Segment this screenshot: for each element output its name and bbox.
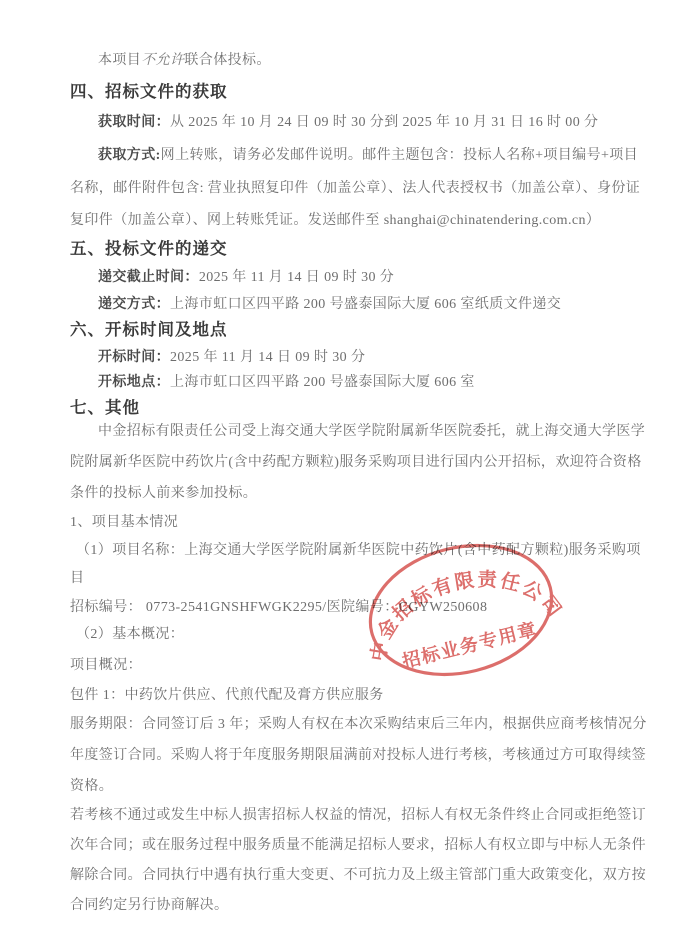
section7-heading: 七、其他 (70, 394, 140, 418)
assessment-line-1: 若考核不通过或发生中标人损害招标人权益的情况，招标人有权无条件终止合同或拒绝签订 (70, 804, 646, 824)
acquire-time-value: 从 2025 年 10 月 24 日 09 时 30 分到 2025 年 10 … (170, 115, 598, 130)
submit-deadline-value: 2025 年 11 月 14 日 09 时 30 分 (199, 270, 394, 285)
intro-line-3: 条件的投标人前来参加投标。 (70, 482, 257, 502)
submit-deadline-line: 递交截止时间：2025 年 11 月 14 日 09 时 30 分 (98, 266, 394, 286)
acquire-method-cont2: 复印件（加盖公章）、网上转账凭证。发送邮件至 shanghai@chinaten… (70, 209, 600, 229)
open-time-line: 开标时间：2025 年 11 月 14 日 09 时 30 分 (98, 346, 365, 366)
assessment-line-3: 解除合同。合同执行中遇有执行重大变更、不可抗力及上级主管部门重大政策变化，双方按 (70, 864, 646, 884)
acquire-time-label: 获取时间： (98, 115, 170, 130)
service-term-line-3: 资格。 (70, 775, 113, 795)
service-term-line-1: 服务期限：合同签订后 3 年；采购人有权在本次采购结束后三年内，根据供应商考核情… (70, 713, 647, 733)
submit-method-value: 上海市虹口区四平路 200 号盛泰国际大厦 606 室纸质文件递交 (170, 297, 561, 312)
project-name-line-1: （1）项目名称：上海交通大学医学院附属新华医院中药饮片(含中药配方颗粒)服务采购… (76, 539, 641, 559)
no-joint-bid-line: 本项目不允许联合体投标。 (98, 49, 271, 69)
acquire-method-cont1: 名称，邮件附件包含: 营业执照复印件（加盖公章）、法人代表授权书（加盖公章）、身… (70, 177, 640, 197)
submit-method-label: 递交方式： (98, 297, 170, 312)
section4-heading: 四、招标文件的获取 (70, 78, 228, 102)
seal-purpose-text: 招标业务专用章 (399, 618, 539, 672)
intro-line-2: 院附属新华医院中药饮片(含中药配方颗粒)服务采购项目进行国内公开招标，欢迎符合资… (70, 451, 642, 471)
section6-heading: 六、开标时间及地点 (70, 316, 228, 340)
acquire-method-label: 获取方式: (98, 148, 161, 163)
tender-notice-page: 本项目不允许联合体投标。 四、招标文件的获取 获取时间：从 2025 年 10 … (0, 0, 678, 945)
open-time-label: 开标时间： (98, 350, 170, 365)
no-joint-emphasis: 不允许 (141, 53, 184, 68)
assessment-line-2: 次年合同；或在服务过程中服务质量不能满足招标人要求，招标人有权立即与中标人无条件 (70, 834, 646, 854)
section5-heading: 五、投标文件的递交 (70, 235, 228, 259)
project-name-line-2: 目 (70, 567, 84, 587)
acquire-method-line: 获取方式:网上转账，请务必发邮件说明。邮件主题包含：投标人名称+项目编号+项目 (98, 144, 638, 164)
acquire-method-value: 网上转账，请务必发邮件说明。邮件主题包含：投标人名称+项目编号+项目 (161, 148, 638, 163)
overview-label-line: 项目概况： (70, 654, 142, 674)
open-place-value: 上海市虹口区四平路 200 号盛泰国际大厦 606 室 (170, 375, 475, 390)
intro-line-1: 中金招标有限责任公司受上海交通大学医学院附属新华医院委托，就上海交通大学医学 (98, 420, 645, 440)
open-time-value: 2025 年 11 月 14 日 09 时 30 分 (170, 350, 365, 365)
service-term-line-2: 年度签订合同。采购人将于年度服务期限届满前对投标人进行考核，考核通过方可取得续签 (70, 744, 646, 764)
open-place-label: 开标地点： (98, 375, 170, 390)
assessment-line-4: 合同约定另行协商解决。 (70, 894, 228, 914)
no-joint-post: 联合体投标。 (184, 53, 270, 68)
basic-overview-line: （2）基本概况： (76, 623, 184, 643)
open-place-line: 开标地点：上海市虹口区四平路 200 号盛泰国际大厦 606 室 (98, 371, 475, 391)
item1-title: 1、项目基本情况 (70, 511, 178, 531)
no-joint-pre: 本项目 (98, 53, 141, 68)
submit-deadline-label: 递交截止时间： (98, 270, 199, 285)
submit-method-line: 递交方式：上海市虹口区四平路 200 号盛泰国际大厦 606 室纸质文件递交 (98, 293, 561, 313)
acquire-time-line: 获取时间：从 2025 年 10 月 24 日 09 时 30 分到 2025 … (98, 111, 598, 131)
package-line: 包件 1：中药饮片供应、代煎代配及膏方供应服务 (70, 684, 384, 704)
